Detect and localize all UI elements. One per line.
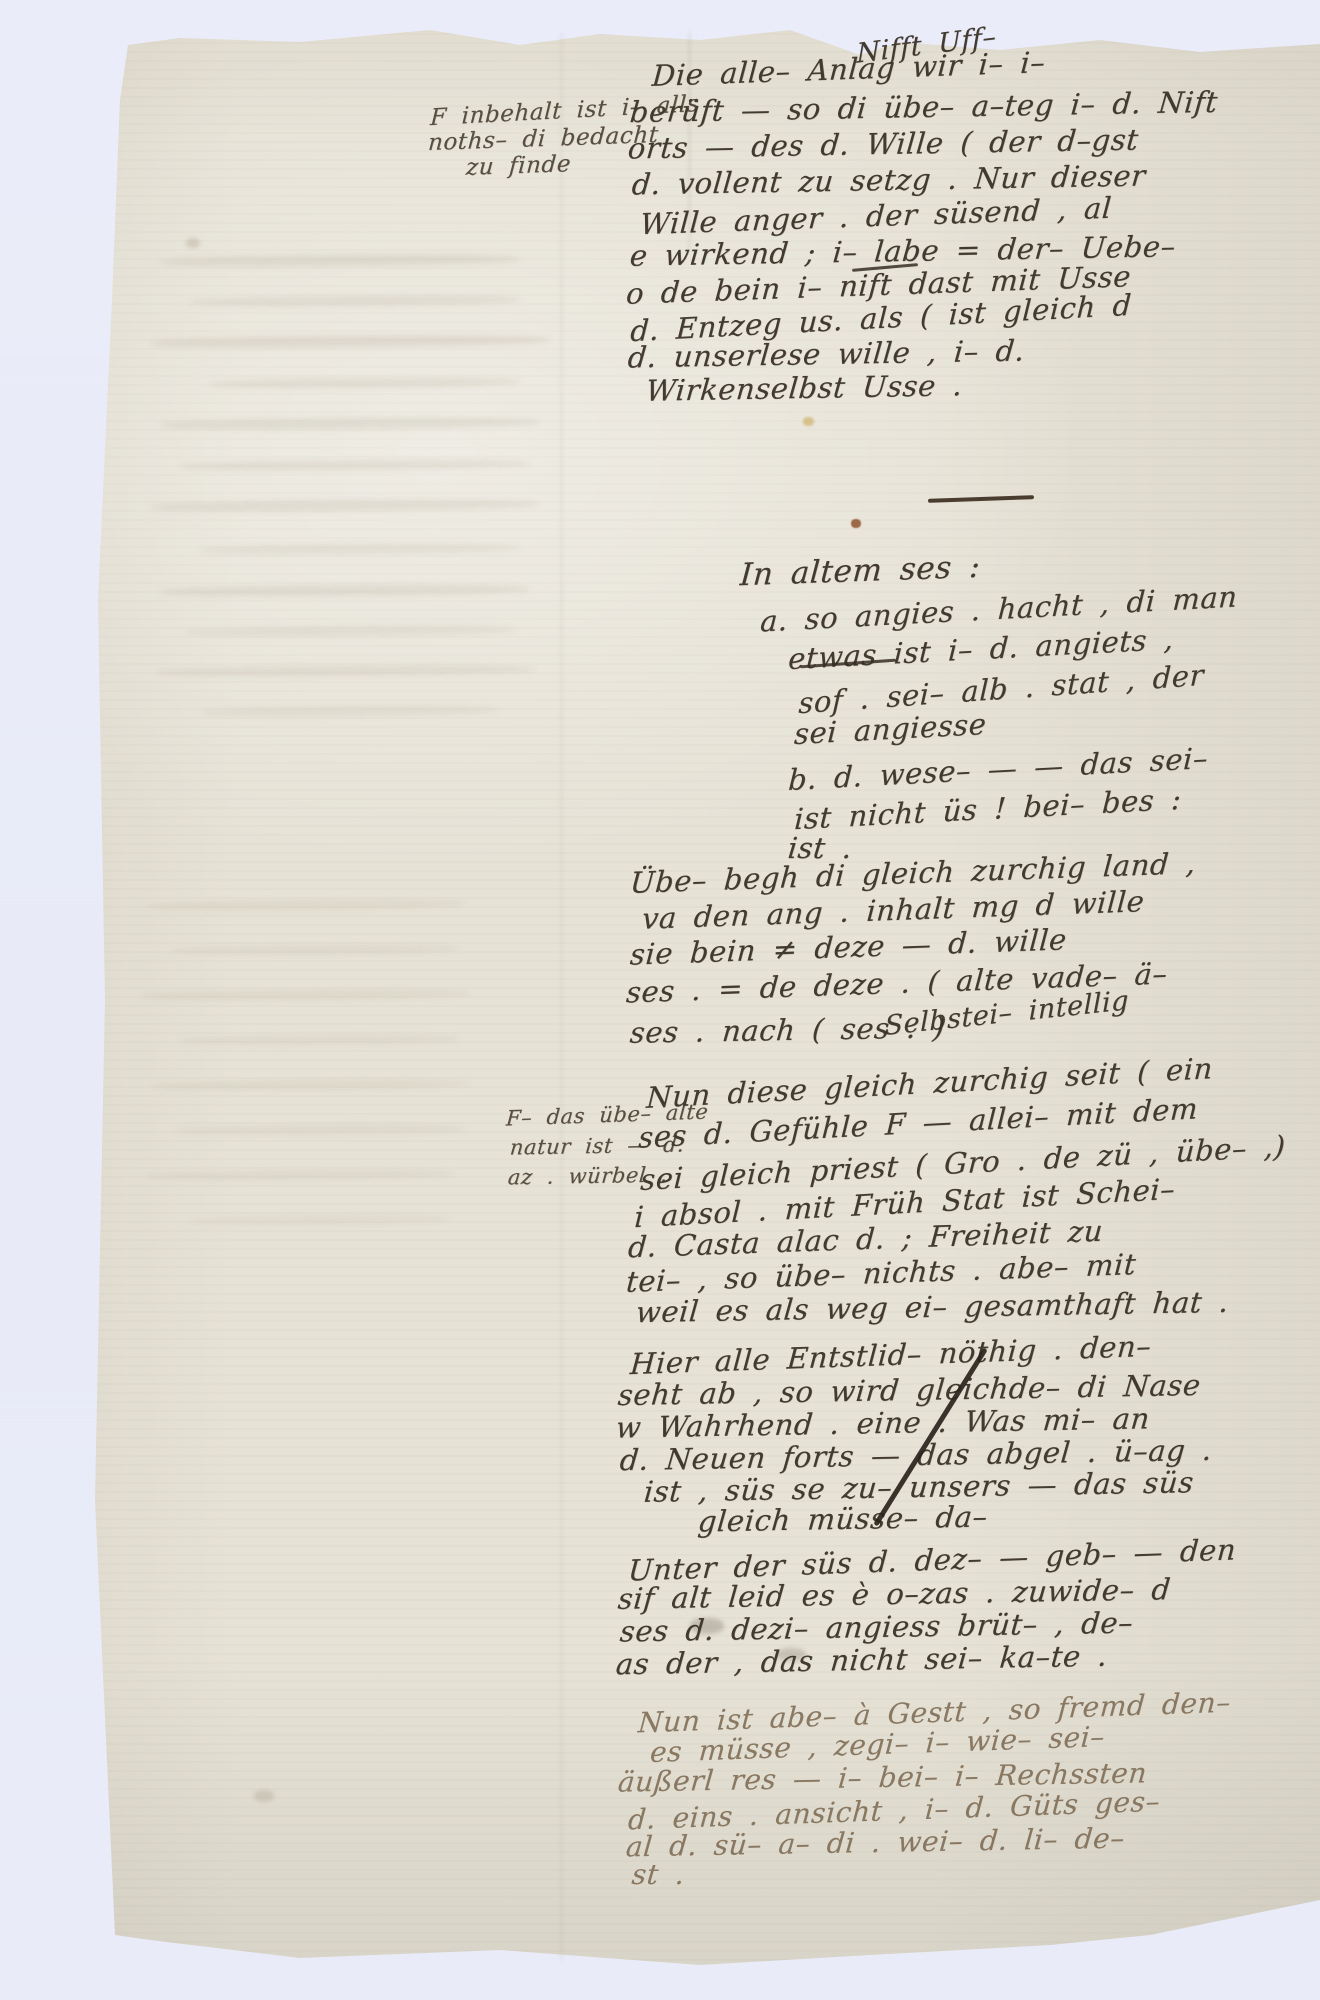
manuscript-paper — [92, 28, 1320, 1970]
scan-background: Die alle– Anlag wir i– i–Nifft Uff–berüf… — [0, 0, 1320, 2000]
